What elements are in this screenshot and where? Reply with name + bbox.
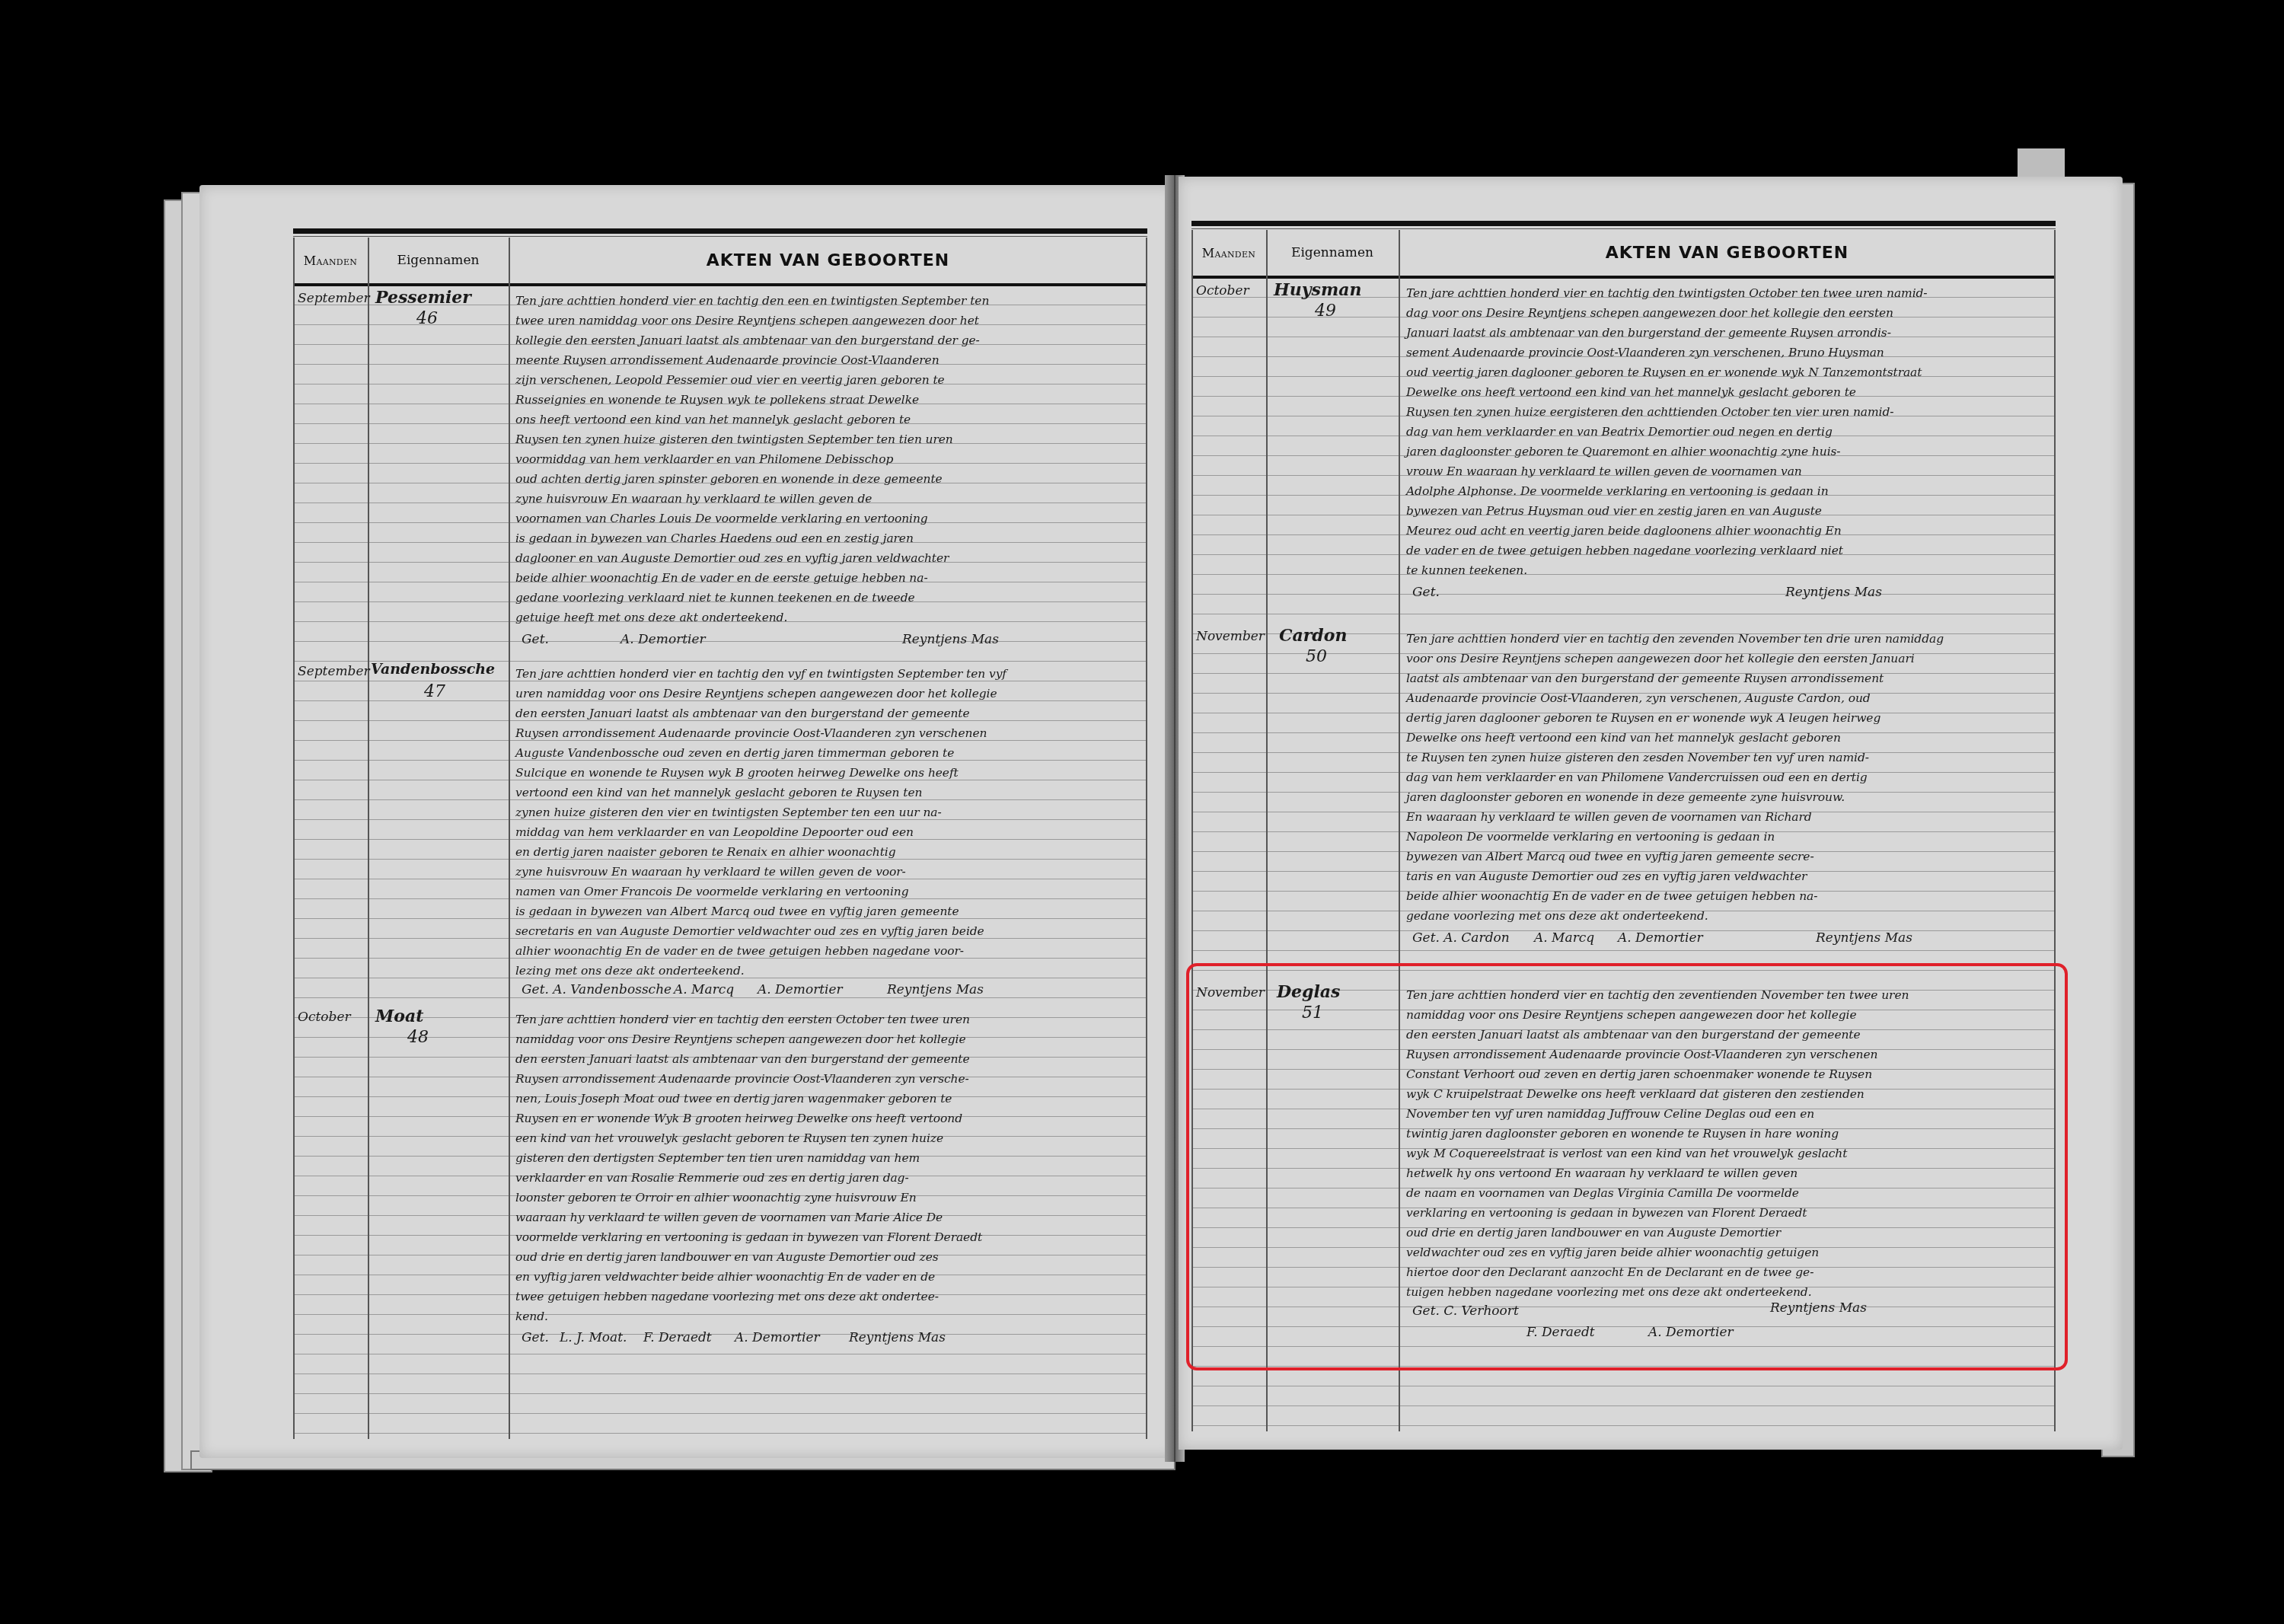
header-eigennamen: Eigennamen xyxy=(368,238,509,283)
birth-record-48: October Moat 48 Ten jare achttien honder… xyxy=(293,1007,1147,1357)
signature-official: Reyntjens Mas xyxy=(1785,585,1882,600)
header-maanden: Maanden xyxy=(293,238,368,283)
header-eigennamen: Eigennamen xyxy=(1266,230,1399,276)
thin-rule xyxy=(1191,228,2056,229)
record-month: September xyxy=(298,664,370,679)
highlight-box-record-51 xyxy=(1186,963,2068,1370)
signature-get: Get. xyxy=(522,1330,549,1345)
record-number: 48 xyxy=(407,1028,429,1047)
record-number: 46 xyxy=(416,309,438,328)
record-surname: Huysman xyxy=(1274,280,1361,300)
record-number: 47 xyxy=(424,682,445,701)
signature-witness-2: A. Demortier xyxy=(1618,930,1703,946)
record-text: Ten jare achttien honderd vier en tachti… xyxy=(1406,283,2050,580)
signature-father: L. J. Moat. xyxy=(560,1330,627,1345)
birth-record-46: September Pessemier 46 Ten jare achttien… xyxy=(293,288,1147,653)
record-number: 50 xyxy=(1306,647,1327,666)
record-surname: Vandenbossche xyxy=(371,661,495,678)
register-table-left: Maanden Eigennamen AKTEN VAN GEBOORTEN S… xyxy=(293,228,1147,1439)
book-tab xyxy=(2018,148,2065,180)
record-text: Ten jare achttien honderd vier en tachti… xyxy=(515,291,1141,627)
header-akten-van-geboorten: AKTEN VAN GEBOORTEN xyxy=(509,238,1147,283)
signature-get: Get. xyxy=(522,632,549,647)
signature-witness-2: A. Demortier xyxy=(735,1330,820,1345)
header-akten-van-geboorten: AKTEN VAN GEBOORTEN xyxy=(1399,230,2056,276)
top-rule xyxy=(1191,221,2056,226)
thin-rule xyxy=(293,236,1147,237)
signature-witness-1: F. Deraedt xyxy=(643,1330,712,1345)
header-maanden: Maanden xyxy=(1191,230,1266,276)
document-viewer: Maanden Eigennamen AKTEN VAN GEBOORTEN S… xyxy=(0,0,2284,1624)
record-month: October xyxy=(1196,283,1249,298)
top-rule xyxy=(293,228,1147,234)
record-surname: Moat xyxy=(375,1007,423,1026)
record-text: Ten jare achttien honderd vier en tachti… xyxy=(1406,629,2050,926)
header-bottom-rule xyxy=(1191,276,2056,279)
birth-record-49: October Huysman 49 Ten jare achttien hon… xyxy=(1191,280,2056,615)
signature-witness: A. Demortier xyxy=(620,632,706,647)
header-bottom-rule xyxy=(293,283,1147,286)
signature-witness-1: A. Marcq xyxy=(674,982,734,997)
signature-father: Get. A. Cardon xyxy=(1412,930,1510,946)
birth-record-47: September Vandenbossche 47 Ten jare acht… xyxy=(293,661,1147,996)
record-month: September xyxy=(298,291,370,306)
left-page: Maanden Eigennamen AKTEN VAN GEBOORTEN S… xyxy=(199,185,1175,1458)
record-surname: Pessemier xyxy=(375,288,471,308)
signature-official: Reyntjens Mas xyxy=(1816,930,1912,946)
record-number: 49 xyxy=(1315,302,1336,321)
signature-get: Get. xyxy=(1412,585,1440,600)
signature-witness-2: A. Demortier xyxy=(758,982,843,997)
signature-witness-1: A. Marcq xyxy=(1534,930,1594,946)
signature-father: Get. A. Vandenbossche xyxy=(522,982,671,997)
record-month: November xyxy=(1196,629,1265,644)
signature-official: Reyntjens Mas xyxy=(887,982,984,997)
signature-official: Reyntjens Mas xyxy=(902,632,999,647)
record-text: Ten jare achttien honderd vier en tachti… xyxy=(515,664,1141,981)
record-surname: Cardon xyxy=(1279,626,1347,646)
record-month: October xyxy=(298,1010,351,1025)
record-text: Ten jare achttien honderd vier en tachti… xyxy=(515,1010,1141,1326)
signature-official: Reyntjens Mas xyxy=(849,1330,946,1345)
birth-record-50: November Cardon 50 Ten jare achttien hon… xyxy=(1191,626,2056,961)
